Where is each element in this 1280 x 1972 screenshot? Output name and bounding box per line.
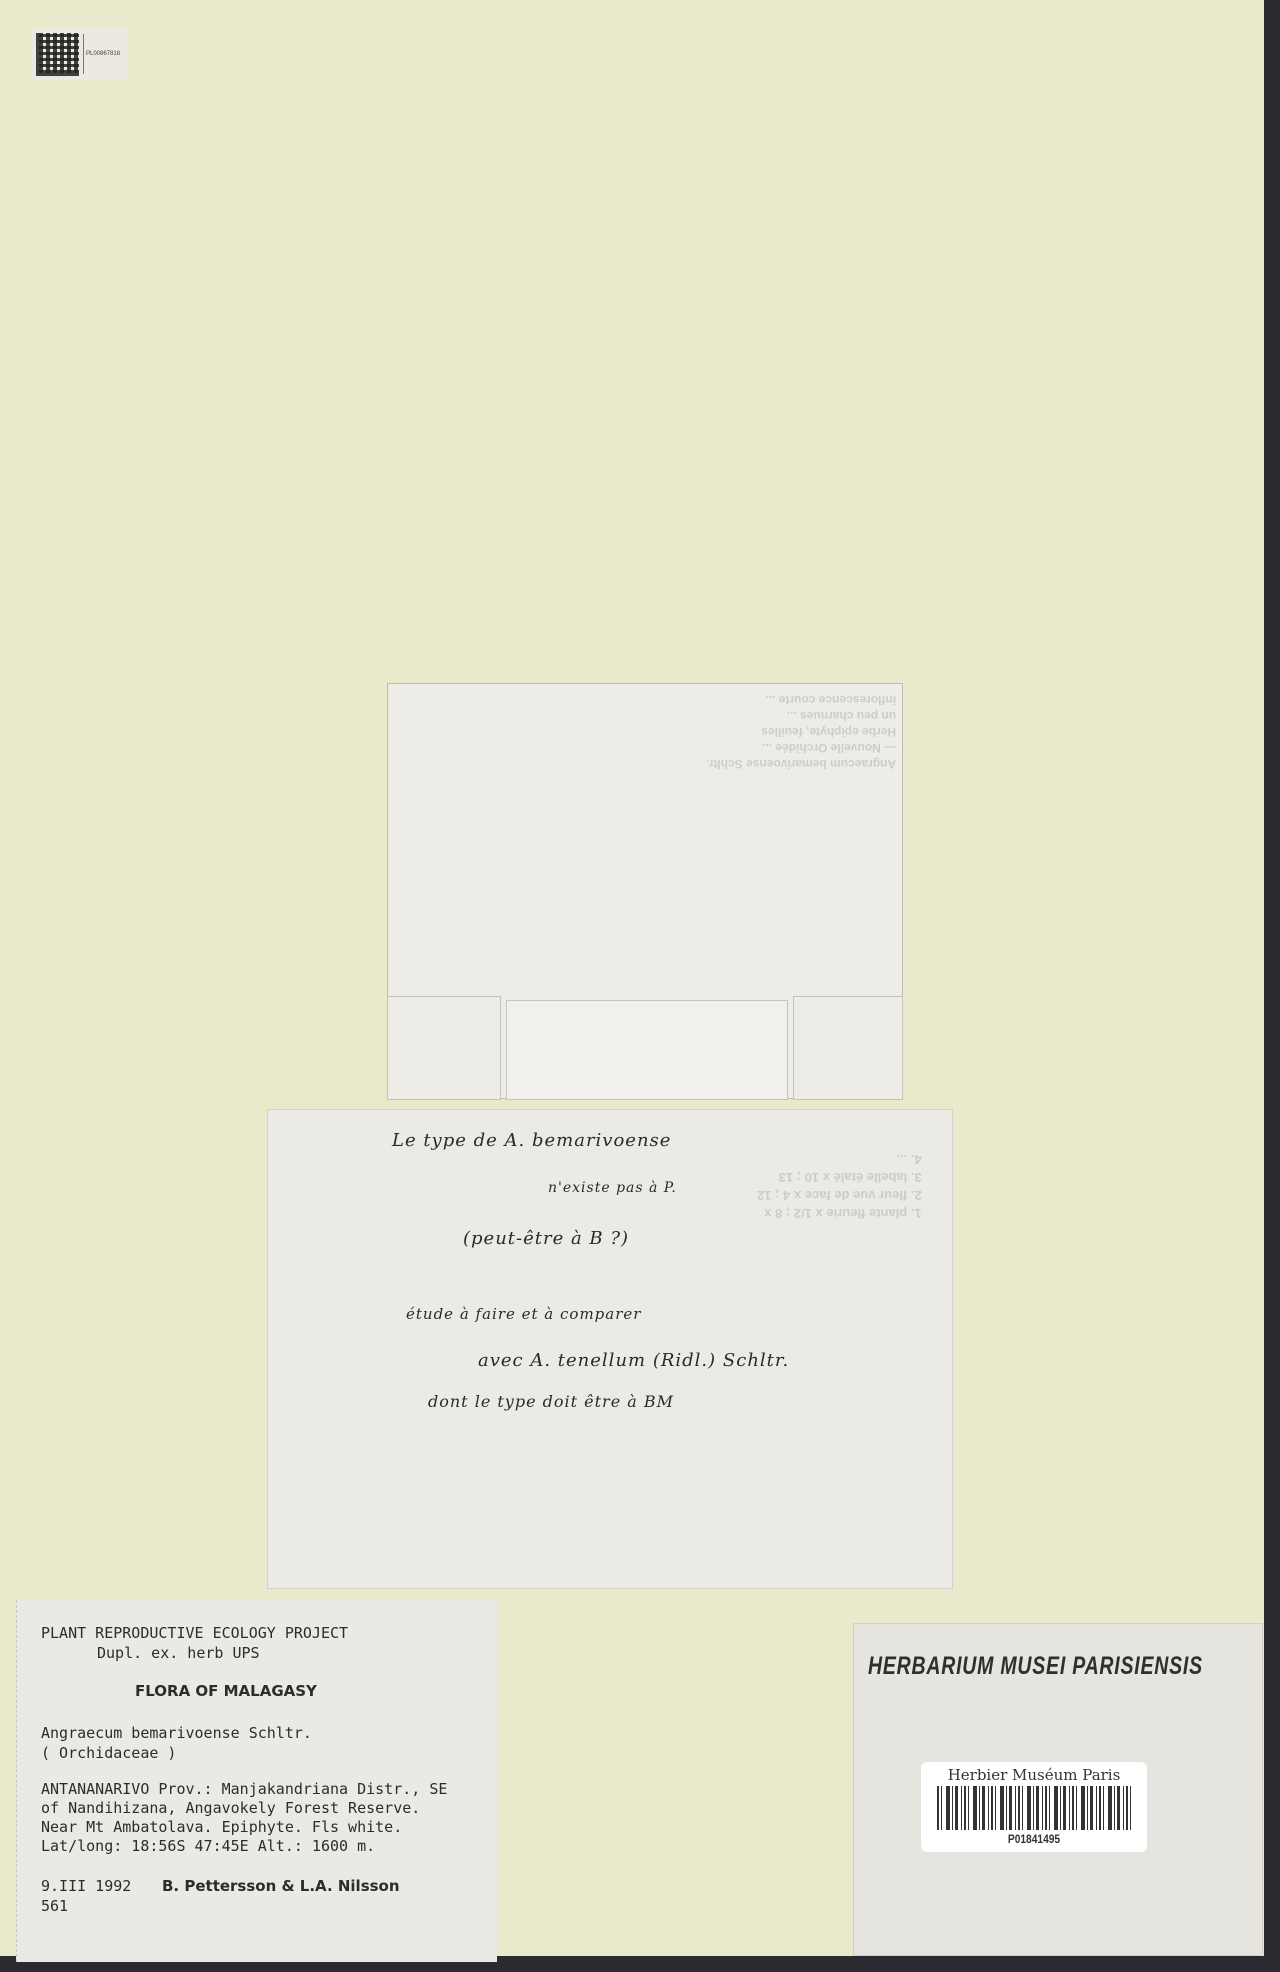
handwritten-note: 1. plante fleurie x 1/2 ; 8 x 2. fleur v…	[268, 1110, 952, 1588]
note-line-1: Le type de A. bemarivoense	[392, 1130, 671, 1151]
note-line-5: avec A. tenellum (Ridl.) Schltr.	[478, 1350, 789, 1371]
note-line-4: étude à faire et à comparer	[406, 1305, 641, 1323]
flora-title: FLORA OF MALAGASY	[135, 1682, 317, 1700]
specimen-id: PL00867818	[83, 34, 120, 74]
family-name: ( Orchidaceae )	[41, 1744, 176, 1762]
herbarium-title: HERBARIUM MUSEI PARISIENSIS	[868, 1652, 1203, 1681]
collector-label: PLANT REPRODUCTIVE ECOLOGY PROJECT Dupl.…	[16, 1600, 497, 1962]
note-line-3: (peut-être à B ?)	[463, 1228, 629, 1249]
collection-date: 9.III 1992	[41, 1877, 131, 1895]
barcode-sticker: Herbier Muséum Paris P01841495	[921, 1762, 1147, 1852]
note-line-6: dont le type doit être à BM	[428, 1392, 674, 1411]
locality-line-1: ANTANANARIVO Prov.: Manjakandriana Distr…	[41, 1780, 447, 1798]
collectors: B. Pettersson & L.A. Nilsson	[162, 1877, 400, 1895]
note-bleed-through-text: 1. plante fleurie x 1/2 ; 8 x 2. fleur v…	[757, 1150, 922, 1222]
locality-line-3: Near Mt Ambatolava. Epiphyte. Fls white.	[41, 1818, 402, 1836]
barcode-number: P01841495	[938, 1832, 1130, 1846]
datamatrix-code-icon	[36, 33, 79, 76]
locality-line-4: Lat/long: 18:56S 47:45E Alt.: 1600 m.	[41, 1837, 375, 1855]
taxon-name: Angraecum bemarivoense Schltr.	[41, 1724, 312, 1742]
collection-number: 561	[41, 1897, 68, 1915]
envelope-flap-middle[interactable]	[506, 1000, 788, 1100]
duplicate-note: Dupl. ex. herb UPS	[97, 1644, 260, 1662]
datamatrix-label: PL00867818	[32, 28, 128, 80]
envelope-flap-right	[793, 996, 903, 1100]
barcode-title: Herbier Muséum Paris	[921, 1766, 1147, 1784]
envelope-flap-left	[387, 996, 501, 1100]
herbarium-sheet: PL00867818 Angraecum bemarivoense Schltr…	[0, 0, 1264, 1956]
herbarium-label: HERBARIUM MUSEI PARISIENSIS Herbier Musé…	[853, 1623, 1263, 1956]
fragment-envelope: Angraecum bemarivoense Schltr. — Nouvell…	[387, 683, 903, 1099]
note-line-2: n'existe pas à P.	[548, 1180, 677, 1196]
envelope-bleed-through-text: Angraecum bemarivoense Schltr. — Nouvell…	[706, 692, 896, 772]
locality-line-2: of Nandihizana, Angavokely Forest Reserv…	[41, 1799, 420, 1817]
project-name: PLANT REPRODUCTIVE ECOLOGY PROJECT	[41, 1624, 348, 1642]
barcode-icon	[937, 1786, 1131, 1830]
